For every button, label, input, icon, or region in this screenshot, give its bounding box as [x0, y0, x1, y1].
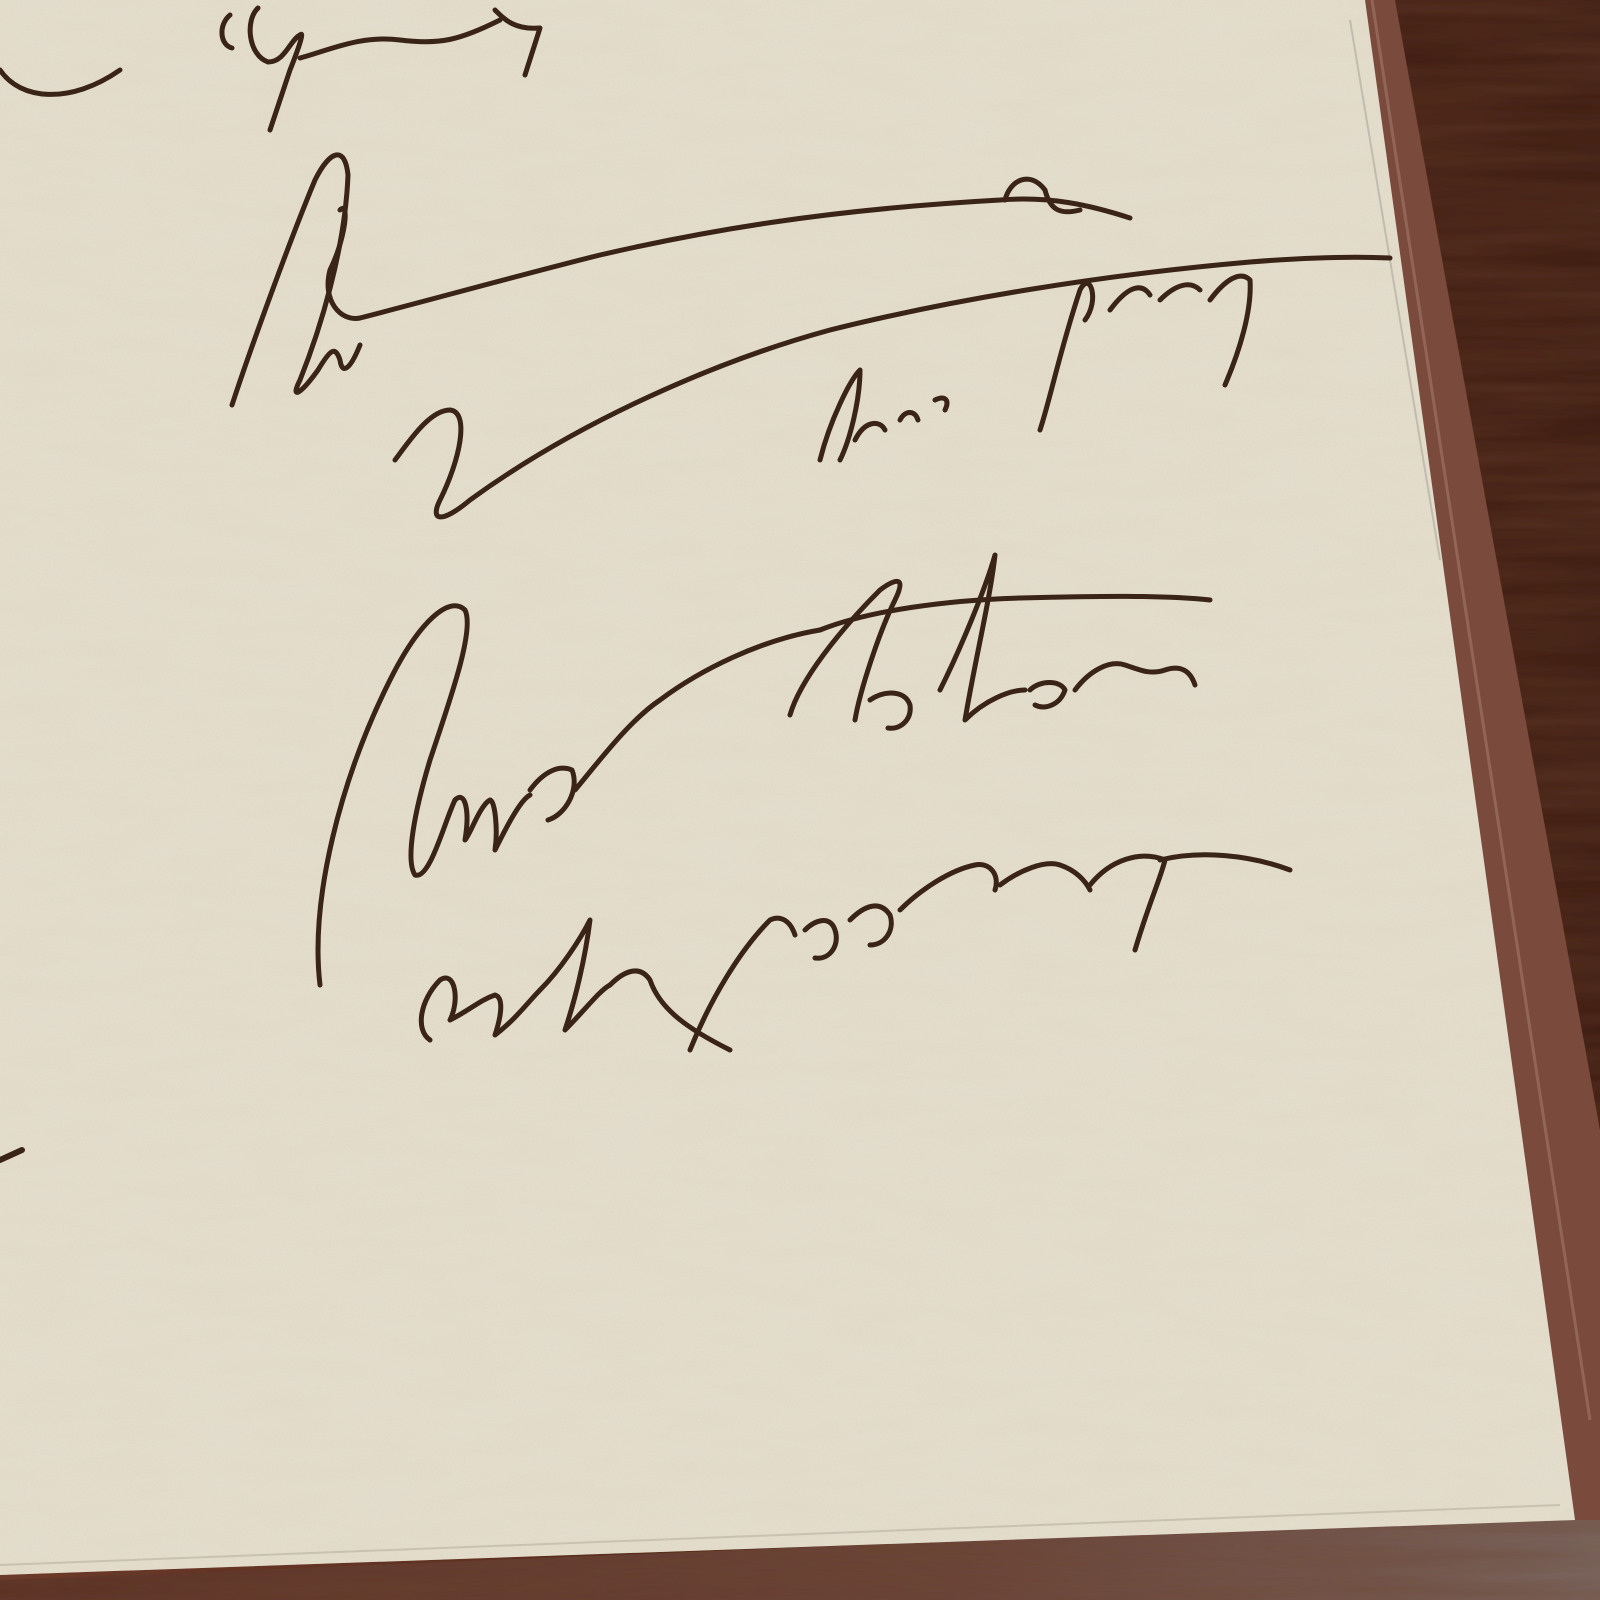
photo-scene: [0, 0, 1600, 1600]
paper-sheet: [0, 0, 1575, 1575]
scene-svg: [0, 0, 1600, 1600]
